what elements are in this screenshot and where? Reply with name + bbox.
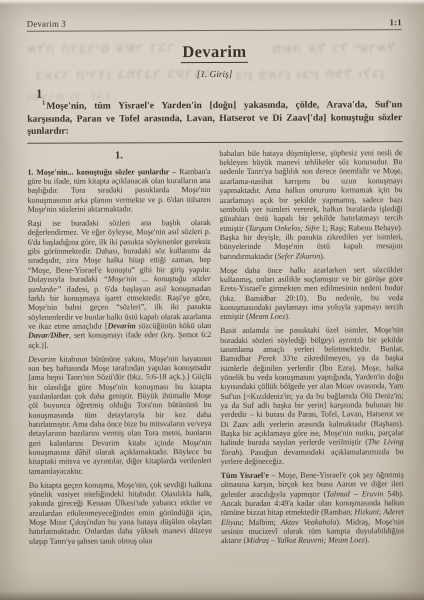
text-segment: Meam Loez [249,312,286,321]
text-segment: 33'te zikredilmeyen, ya da başka isimler… [220,353,403,447]
commentary-paragraph: babaları bile hataya düşmüşlerse, şüphes… [219,148,402,261]
section-number: 1. [27,150,210,162]
text-segment: Targum Onkelos; Sifre [248,223,319,232]
commentary-paragraph: Basit anlamda ise pasuktaki özel isimler… [220,325,404,466]
text-segment: kitabının bütününe yakını, Moşe'nin haya… [28,354,211,476]
text-segment: Hizkuni [354,508,379,517]
running-header: Devarim 3 1:1 [27,17,402,29]
text-segment: Davar/Diber [28,331,69,340]
text-segment: sözcüğünün kökü olan [136,321,211,330]
column-right: babaları bile hataya düşmüşlerse, şüphes… [219,148,404,600]
commentary-paragraph: Devarim kitabının bütününe yakını, Moşe'… [28,354,212,476]
text-segment: Moşe daha önce halkı azarlarken sert söz… [220,265,403,322]
column-left: 1. 1. Moşe'nin... konuştuğu sözler şunla… [27,149,212,600]
text-segment: Bu kitapta geçen konuşma, Moşe'nin, çok … [29,480,212,546]
verse-body: Moşe'nin, tüm Yisrael'e Yarden'in [doğu]… [27,99,402,137]
verse-divider-rule [27,141,402,144]
text-segment: ). Pasuğun devamındaki açıklamalarımızda… [221,447,404,466]
verse-number: 1 [42,100,45,107]
commentary-paragraph: Raşi ise buradaki sözleri ana başlık ola… [28,218,212,350]
text-segment: Sefer Zikaron [277,251,320,260]
text-segment: Aktav Veakabala [281,517,337,526]
commentary-paragraph: Moşe daha önce halkı azarlarken sert söz… [220,265,403,322]
section-subtitle: [1. Giriş] [27,69,402,81]
running-header-verse-ref: 1:1 [389,17,401,27]
commentary-paragraph: Bu kitapta geçen konuşma, Moşe'nin, çok … [29,480,212,546]
text-segment: ). [320,251,325,260]
text-segment: babaları bile hataya düşmüşlerse, şüphes… [219,148,402,233]
commentary-columns: 1. 1. Moşe'nin... konuştuğu sözler şunla… [27,148,404,600]
text-segment: Tüm Yisrael'e – [221,471,278,480]
text-segment: 1. Moşe'nin... konuştuğu sözler şunlardı… [27,167,179,177]
text-segment: ; Malbim; [242,517,281,526]
text-segment: Midraş – Yalkut Reuveni; Meam Loez [246,536,365,546]
running-header-parasha: Devarim 3 [27,19,66,29]
text-segment: Talmud – Eruvin [326,489,383,498]
commentary-paragraph: Tüm Yisrael'e – Moşe, Bene-Yisrael'e çok… [221,470,404,546]
commentary-paragraph: 1. Moşe'nin... konuştuğu sözler şunlardı… [27,167,210,215]
text-segment: Devarim [108,321,136,330]
text-segment: Perek [258,354,276,363]
chapter-number: 1 [36,86,402,100]
book-title: Devarim [181,42,247,63]
book-page-photo: אלה הדברים אשר דבר משה אל כל ישראל בעבר … [0,0,424,600]
text-segment: ). [285,312,290,321]
header-rule [27,29,402,32]
text-segment: Devarim [28,354,56,363]
page-content: Devarim 3 1:1 Devarim [1. Giriş] 1 1Moşe… [0,0,424,600]
verse-text: 1Moşe'nin, tüm Yisrael'e Yarden'in [doğu… [27,99,402,138]
title-block: Devarim [27,41,402,64]
text-segment: ). [365,536,370,545]
